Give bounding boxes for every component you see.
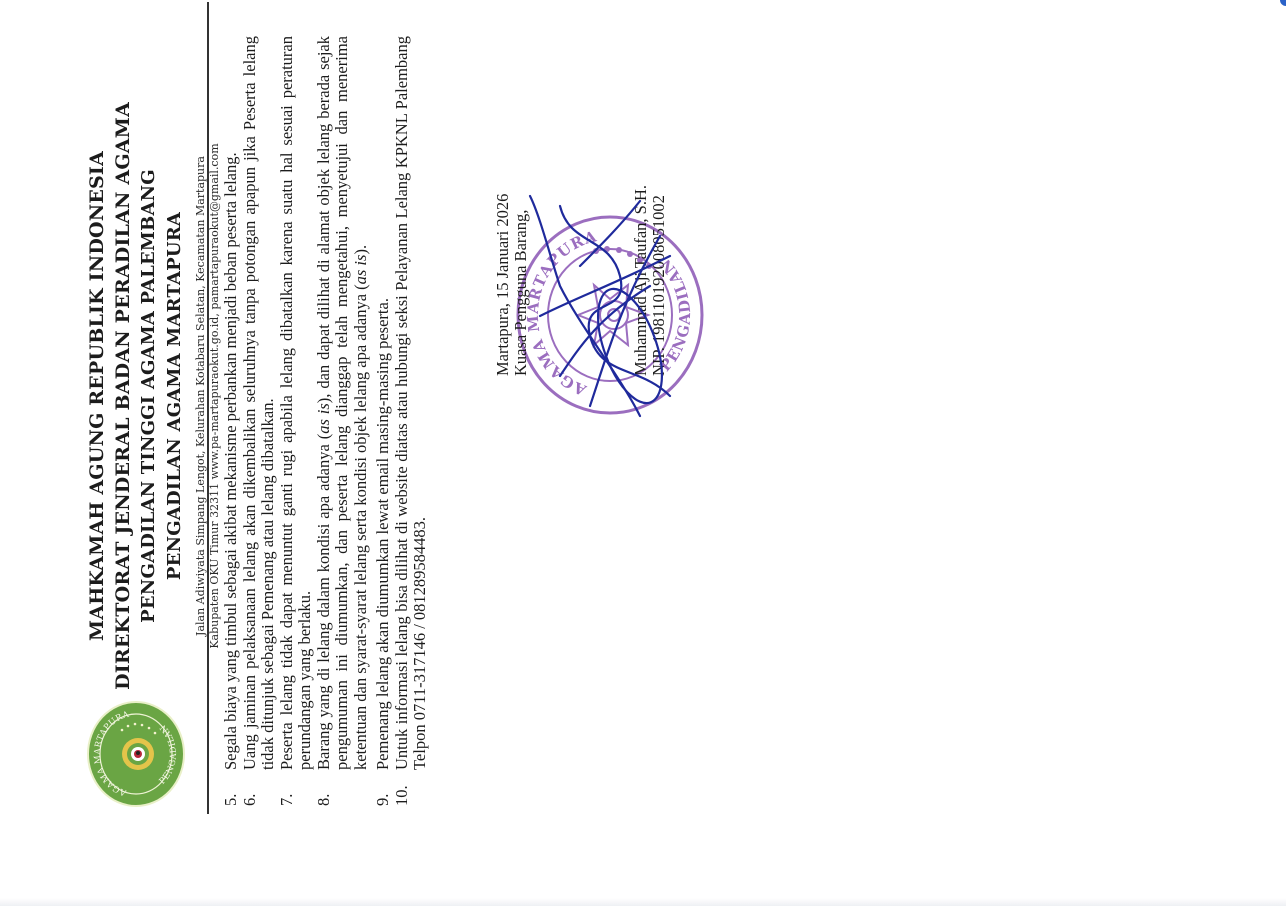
- handwritten-signature-icon: [520, 186, 690, 436]
- item-text: Segala biaya yang timbul sebagai akibat …: [222, 36, 241, 770]
- list-item: 9. Pemenang lelang akan diumumkan lewat …: [374, 36, 393, 806]
- list-item: 7. Peserta lelang tidak dapat menuntut g…: [278, 36, 315, 806]
- item-number: 5.: [222, 794, 241, 806]
- place-date: Martapura, 15 Januari 2026: [494, 16, 512, 376]
- letterhead-divider: [207, 2, 209, 814]
- letterhead-line-2: DIREKTORAT JENDERAL BADAN PERADILAN AGAM…: [110, 36, 136, 756]
- document-page: AGAMA MARTAPURA PENGADILAN MAHKAMAH AGUN…: [0, 0, 1286, 906]
- letterhead: MAHKAMAH AGUNG REPUBLIK INDONESIA DIREKT…: [84, 36, 222, 756]
- item-number: 8.: [315, 794, 334, 806]
- item-number: 7.: [278, 794, 297, 806]
- item-text: Barang yang di lelang dalam kondisi apa …: [315, 36, 371, 770]
- letterhead-address-2: Kabupaten OKU Timur 32311 www.pa-martapu…: [208, 36, 222, 756]
- list-item: 5. Segala biaya yang timbul sebagai akib…: [222, 36, 241, 806]
- letterhead-line-3: PENGADILAN TINGGI AGAMA PALEMBANG: [136, 36, 162, 756]
- item-number: 10.: [393, 785, 412, 806]
- terms-list: 5. Segala biaya yang timbul sebagai akib…: [222, 36, 430, 806]
- item-text: Untuk informasi lelang bisa dilihat di w…: [393, 36, 430, 770]
- letterhead-line-1: MAHKAMAH AGUNG REPUBLIK INDONESIA: [84, 36, 110, 756]
- letterhead-address-1: Jalan Adiwiyata Simpang Lengot, Keluraha…: [194, 36, 208, 756]
- item-text: Pemenang lelang akan diumumkan lewat ema…: [374, 36, 393, 770]
- item-text: Peserta lelang tidak dapat menuntut gant…: [278, 36, 315, 770]
- scan-edge: [0, 898, 1286, 906]
- list-item: 6. Uang jaminan pelaksanaan lelang akan …: [241, 36, 278, 806]
- item-number: 9.: [374, 794, 393, 806]
- letterhead-line-4: PENGADILAN AGAMA MARTAPURA: [162, 36, 188, 756]
- list-item: 8. Barang yang di lelang dalam kondisi a…: [315, 36, 371, 806]
- item-text: Uang jaminan pelaksanaan lelang akan dik…: [241, 36, 278, 770]
- item-number: 6.: [241, 794, 260, 806]
- list-item: 10. Untuk informasi lelang bisa dilihat …: [393, 36, 430, 806]
